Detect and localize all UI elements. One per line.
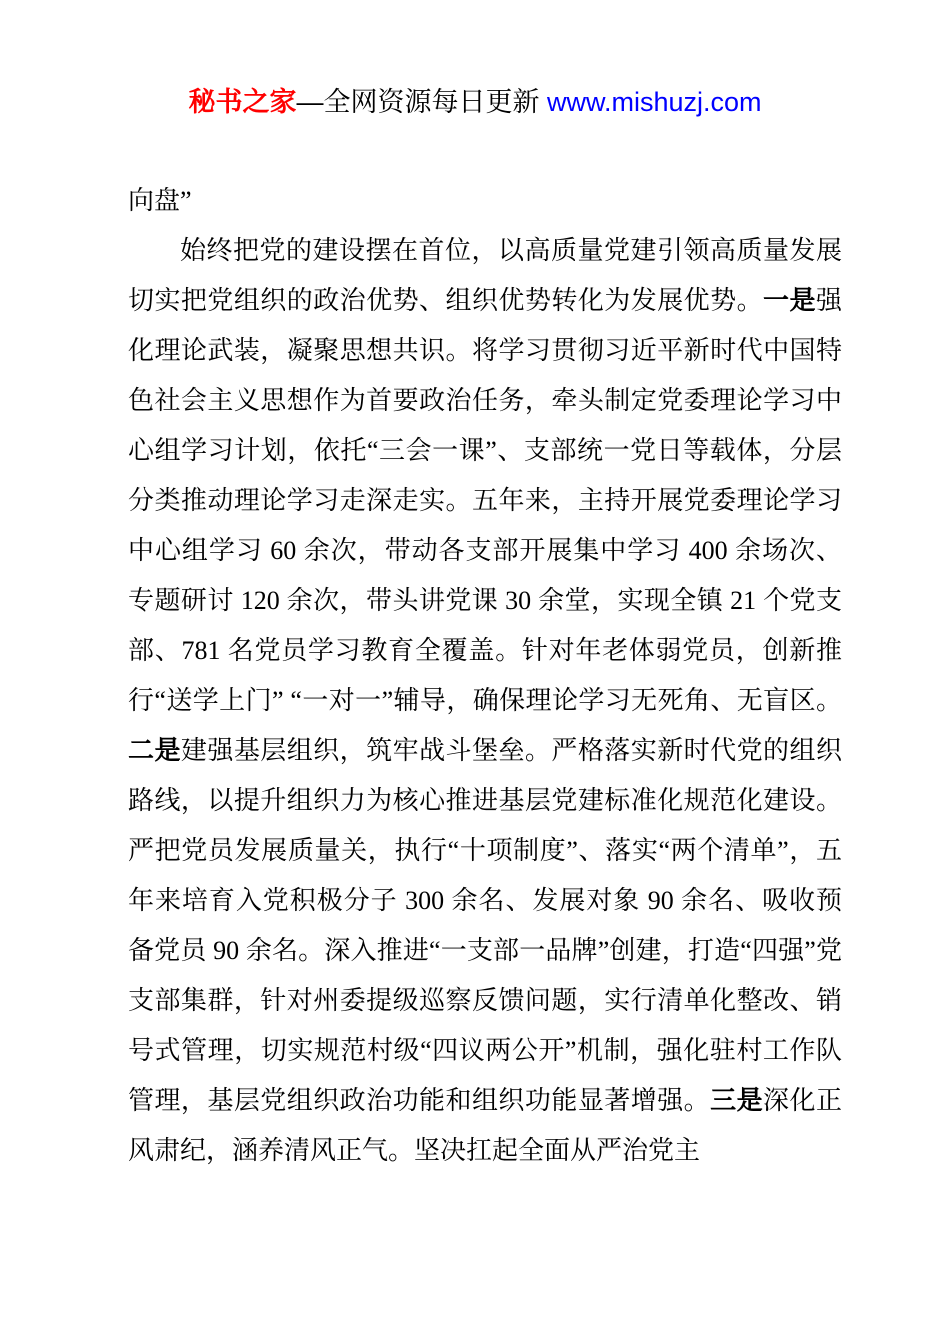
emphasis-text: 二是 [128,736,181,765]
emphasis-text: 一是 [763,286,816,315]
site-header: 秘书之家—全网资源每日更新 www.mishuzj.com [0,0,950,118]
text-segment: 强化理论武装，凝聚思想共识。将学习贯彻习近平新时代中国特色社会主义思想作为首要政… [128,286,842,715]
site-brand: 秘书之家 [188,87,296,117]
document-page: 秘书之家—全网资源每日更新 www.mishuzj.com 向盘”始终把党的建设… [0,0,950,1344]
text-segment: 向盘” [128,186,192,215]
text-segment: 建强基层组织，筑牢战斗堡垒。严格落实新时代党的组织路线，以提升组织力为核心推进基… [128,736,842,1115]
text-segment: 始终把党的建设摆在首位，以高质量党建引领高质量发展切实把党组织的政治优势、组织优… [128,236,842,315]
site-tagline: —全网资源每日更新 [296,87,547,117]
emphasis-text: 三是 [710,1086,763,1115]
paragraph: 向盘” [128,176,842,226]
document-body: 向盘”始终把党的建设摆在首位，以高质量党建引领高质量发展切实把党组织的政治优势、… [128,176,842,1176]
paragraph: 始终把党的建设摆在首位，以高质量党建引领高质量发展切实把党组织的政治优势、组织优… [128,226,842,1176]
site-url-link[interactable]: www.mishuzj.com [547,87,762,117]
